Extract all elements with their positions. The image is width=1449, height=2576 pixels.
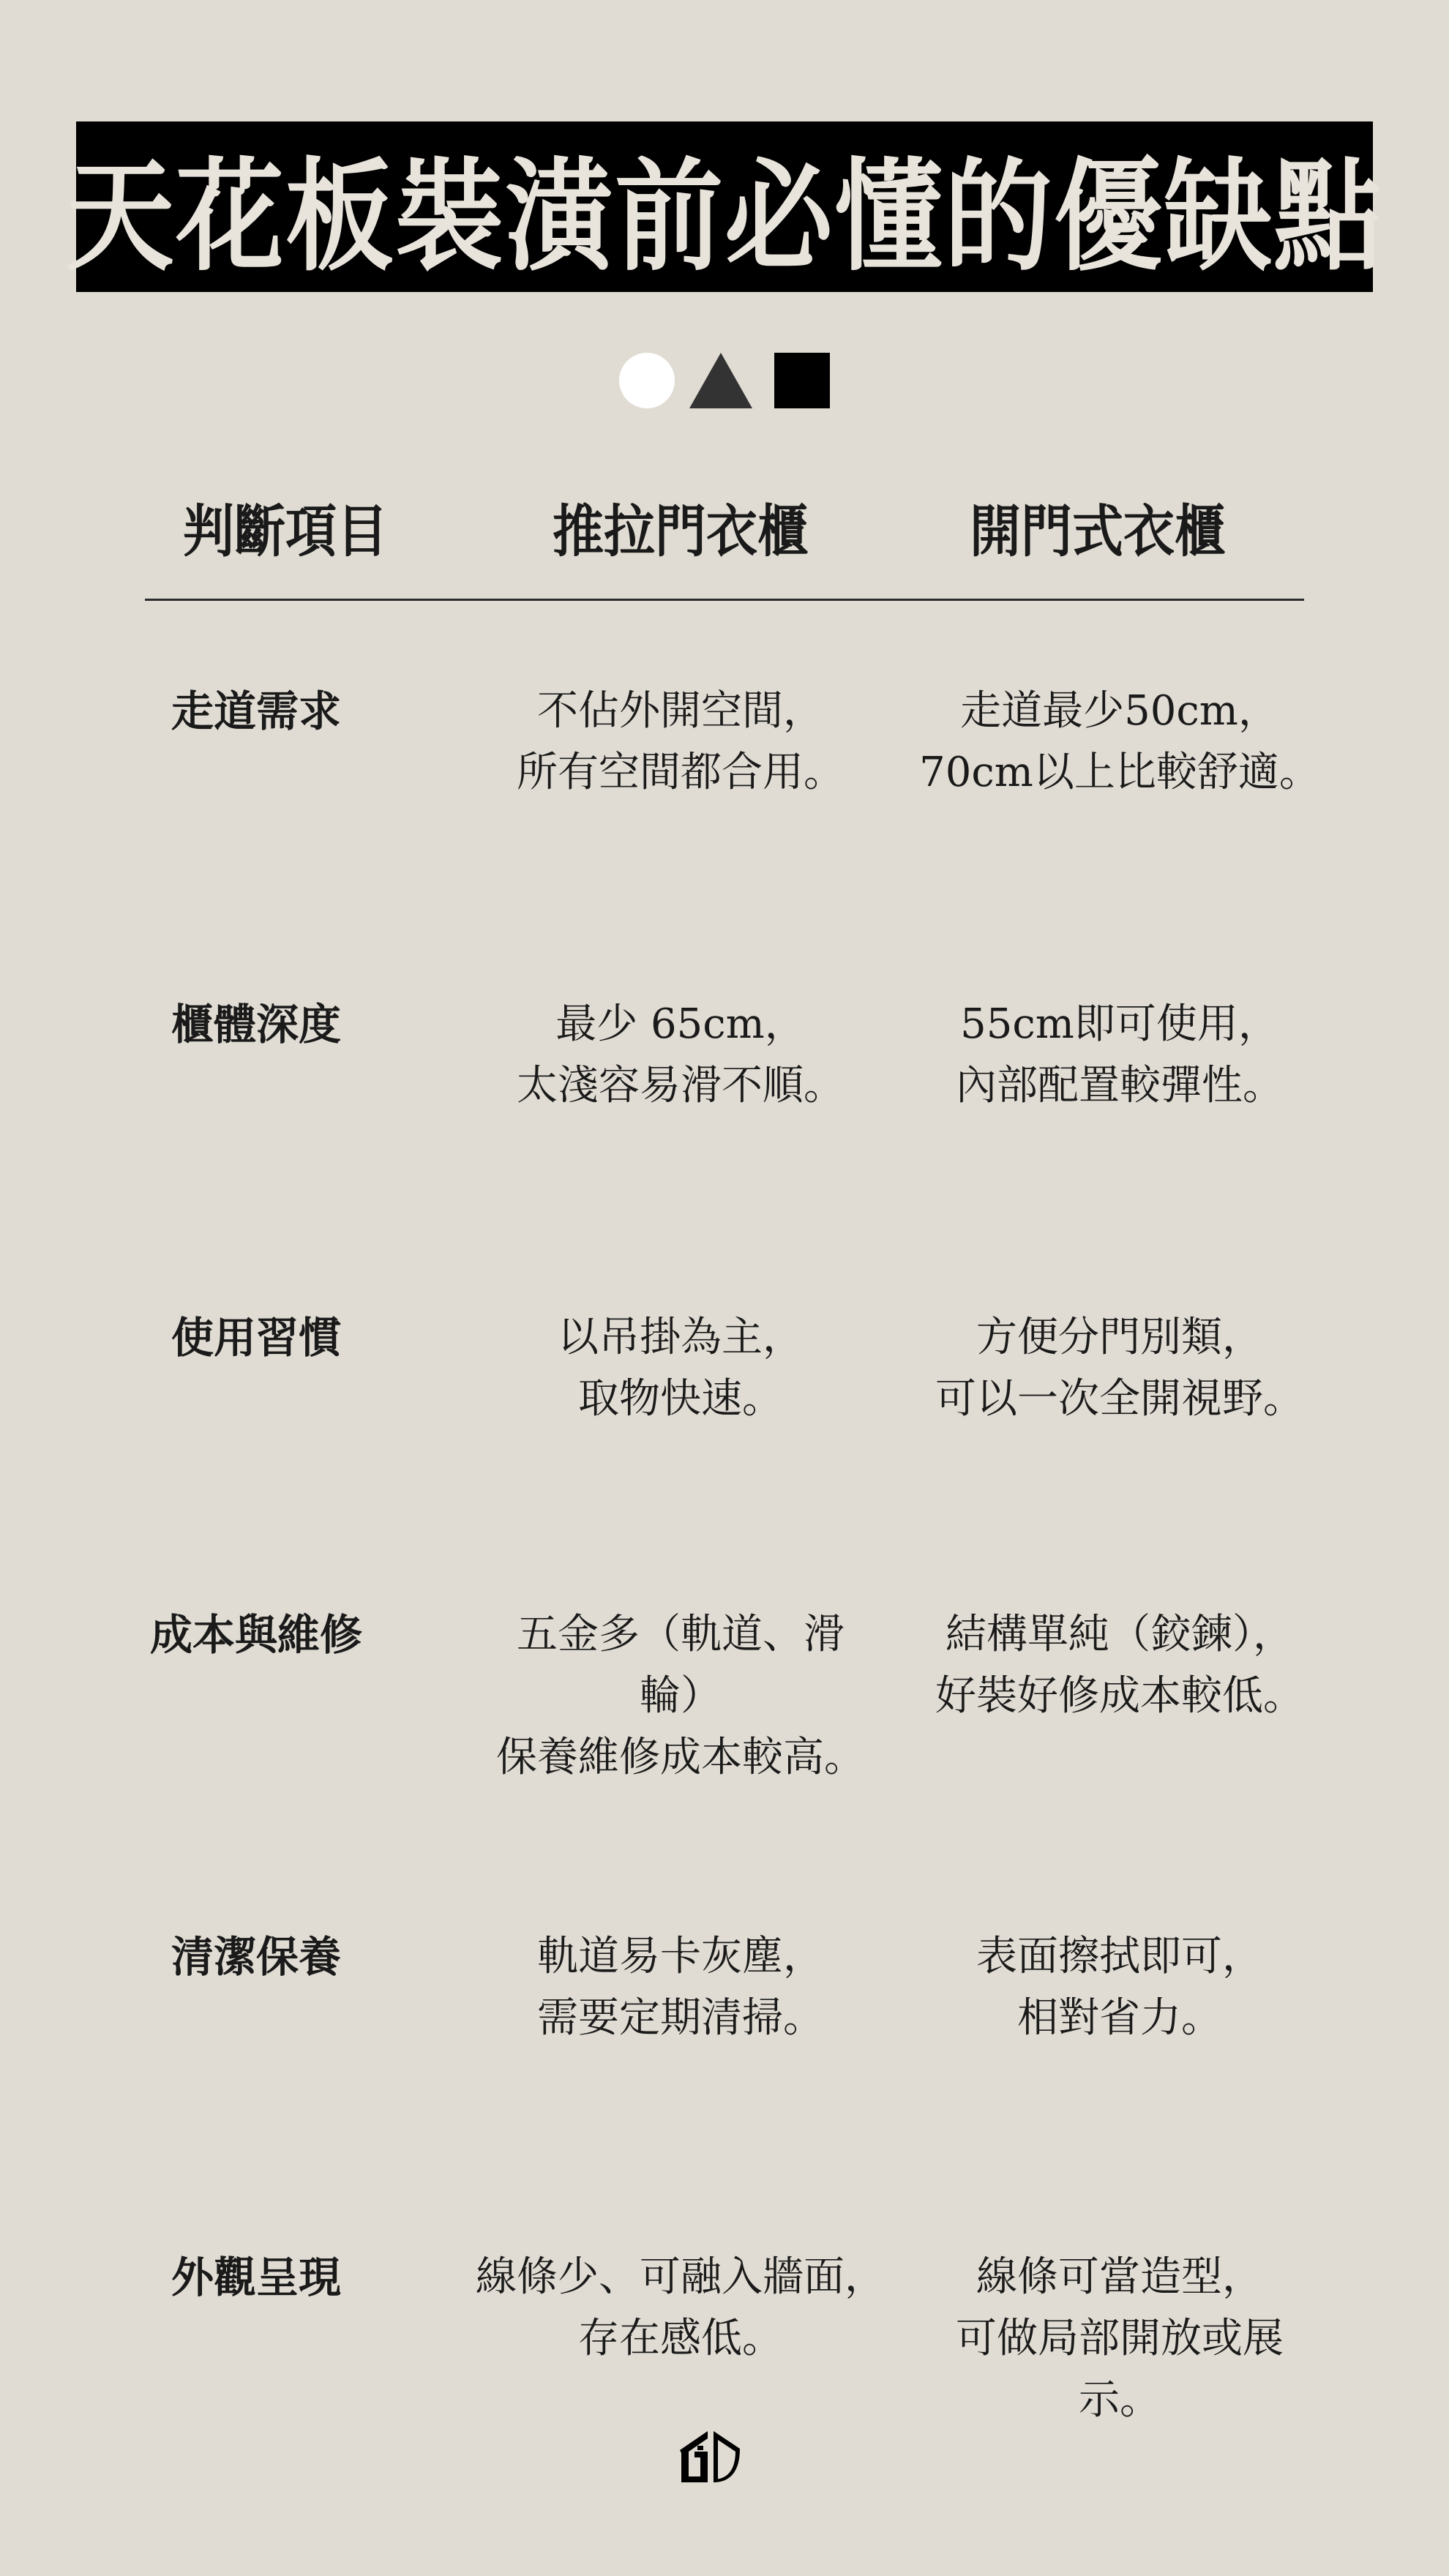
sliding-cell: 最少 65cm， 太淺容易滑不順。 <box>454 994 907 1117</box>
column-header-criteria: 判斷項目 <box>176 487 395 568</box>
page-title: 天花板裝潢前必懂的優缺點 <box>66 120 1383 293</box>
sliding-cell: 不佔外開空間， 所有空間都合用。 <box>454 681 907 804</box>
row-label: 櫃體深度 <box>110 994 402 1055</box>
column-header-hinged-wardrobe: 開門式衣櫃 <box>944 487 1251 568</box>
title-banner: 天花板裝潢前必懂的優缺點 <box>76 121 1373 292</box>
sliding-cell: 以吊掛為主， 取物快速。 <box>454 1307 907 1430</box>
hinged-cell: 線條可當造型， 可做局部開放或展 示。 <box>893 2247 1347 2431</box>
row-label: 走道需求 <box>110 681 402 742</box>
sliding-cell: 線條少、可融入牆面， 存在感低。 <box>454 2247 907 2370</box>
hinged-cell: 表面擦拭即可， 相對省力。 <box>893 1926 1347 2049</box>
hinged-cell: 55cm即可使用， 內部配置較彈性。 <box>893 994 1347 1117</box>
row-label: 清潔保養 <box>110 1926 402 1988</box>
sliding-cell: 五金多（軌道、滑 輪） 保養維修成本較高。 <box>454 1604 907 1789</box>
hinged-cell: 結構單純（鉸鍊）， 好裝好修成本較低。 <box>893 1604 1347 1727</box>
row-label: 使用習慣 <box>110 1307 402 1368</box>
decorative-shapes <box>619 353 831 411</box>
row-label: 成本與維修 <box>110 1604 402 1666</box>
triangle-icon <box>689 353 752 408</box>
column-header-sliding-wardrobe: 推拉門衣櫃 <box>527 487 834 568</box>
header-divider <box>145 599 1304 601</box>
hinged-cell: 方便分門別類， 可以一次全開視野。 <box>893 1307 1347 1430</box>
house-gd-logo-icon <box>677 2428 743 2487</box>
row-label: 外觀呈現 <box>110 2247 402 2308</box>
circle-icon <box>619 353 675 408</box>
sliding-cell: 軌道易卡灰塵， 需要定期清掃。 <box>454 1926 907 2049</box>
table-header: 判斷項目 推拉門衣櫃 開門式衣櫃 <box>0 490 1449 563</box>
square-icon <box>774 353 830 408</box>
hinged-cell: 走道最少50cm， 70cm以上比較舒適。 <box>893 681 1347 804</box>
